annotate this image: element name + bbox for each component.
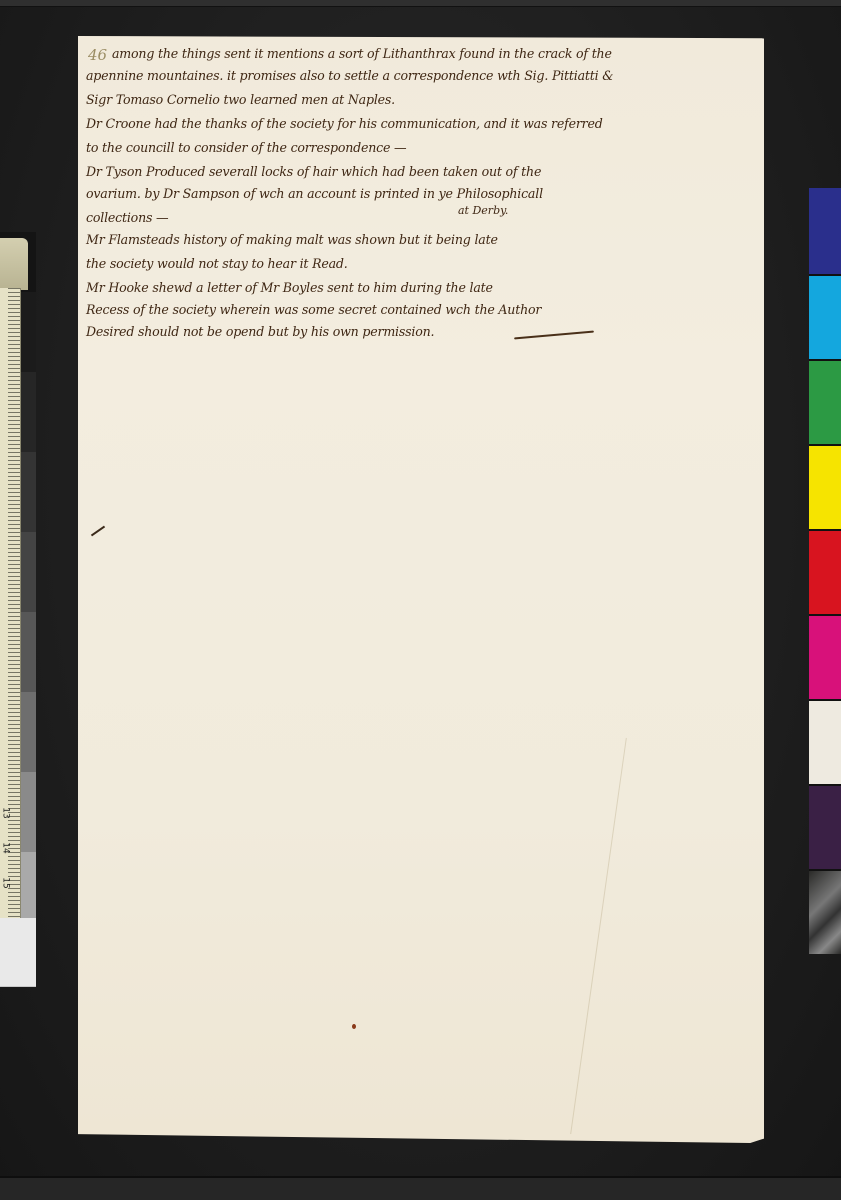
swatch-cyan xyxy=(809,276,841,359)
manuscript-line: to the councill to consider of the corre… xyxy=(86,140,406,155)
swatch-green xyxy=(809,361,841,444)
manuscript-page: 46 among the things sent it mentions a s… xyxy=(78,36,764,1143)
ruler-label: 13 xyxy=(1,807,11,818)
ruler-ticks xyxy=(8,288,20,918)
swatch-magenta xyxy=(809,616,841,699)
manuscript-line: among the things sent it mentions a sort… xyxy=(112,46,612,61)
manuscript-line: Mr Hooke shewd a letter of Mr Boyles sen… xyxy=(86,280,493,295)
ruler-label: 15 xyxy=(1,877,11,888)
top-edge-strip xyxy=(0,0,841,7)
measurement-ruler: 13 14 15 xyxy=(0,288,21,918)
swatch-white xyxy=(809,701,841,784)
swatch-yellow xyxy=(809,446,841,529)
color-calibration-chart xyxy=(809,188,841,954)
manuscript-line: collections — xyxy=(86,210,168,225)
manuscript-line: ovarium. by Dr Sampson of wch an account… xyxy=(86,186,543,201)
manuscript-line: Recess of the society wherein was some s… xyxy=(86,302,541,317)
manuscript-line: Mr Flamsteads history of making malt was… xyxy=(86,232,498,247)
closing-flourish xyxy=(514,331,594,340)
gray-scale-white-patch xyxy=(0,918,36,986)
page-number: 46 xyxy=(88,46,107,64)
ink-stray-mark xyxy=(91,526,105,537)
ink-blot xyxy=(352,1024,356,1029)
interlinear-insertion: at Derby. xyxy=(458,204,508,217)
paper-fold-crease xyxy=(570,738,627,1134)
swatch-red xyxy=(809,531,841,614)
ruler-cap xyxy=(0,238,28,290)
manuscript-line: Dr Tyson Produced severall locks of hair… xyxy=(86,164,541,179)
manuscript-line: Dr Croone had the thanks of the society … xyxy=(86,116,603,131)
bottom-mount-edge xyxy=(0,1176,841,1200)
manuscript-line: Sigr Tomaso Cornelio two learned men at … xyxy=(86,92,395,107)
manuscript-line: the society would not stay to hear it Re… xyxy=(86,256,348,271)
swatch-purple xyxy=(809,786,841,869)
ruler-label: 14 xyxy=(1,842,11,853)
swatch-black xyxy=(809,871,841,954)
swatch-blue xyxy=(809,188,841,274)
manuscript-line: Desired should not be opend but by his o… xyxy=(86,324,434,339)
manuscript-line: apennine mountaines. it promises also to… xyxy=(86,68,613,83)
